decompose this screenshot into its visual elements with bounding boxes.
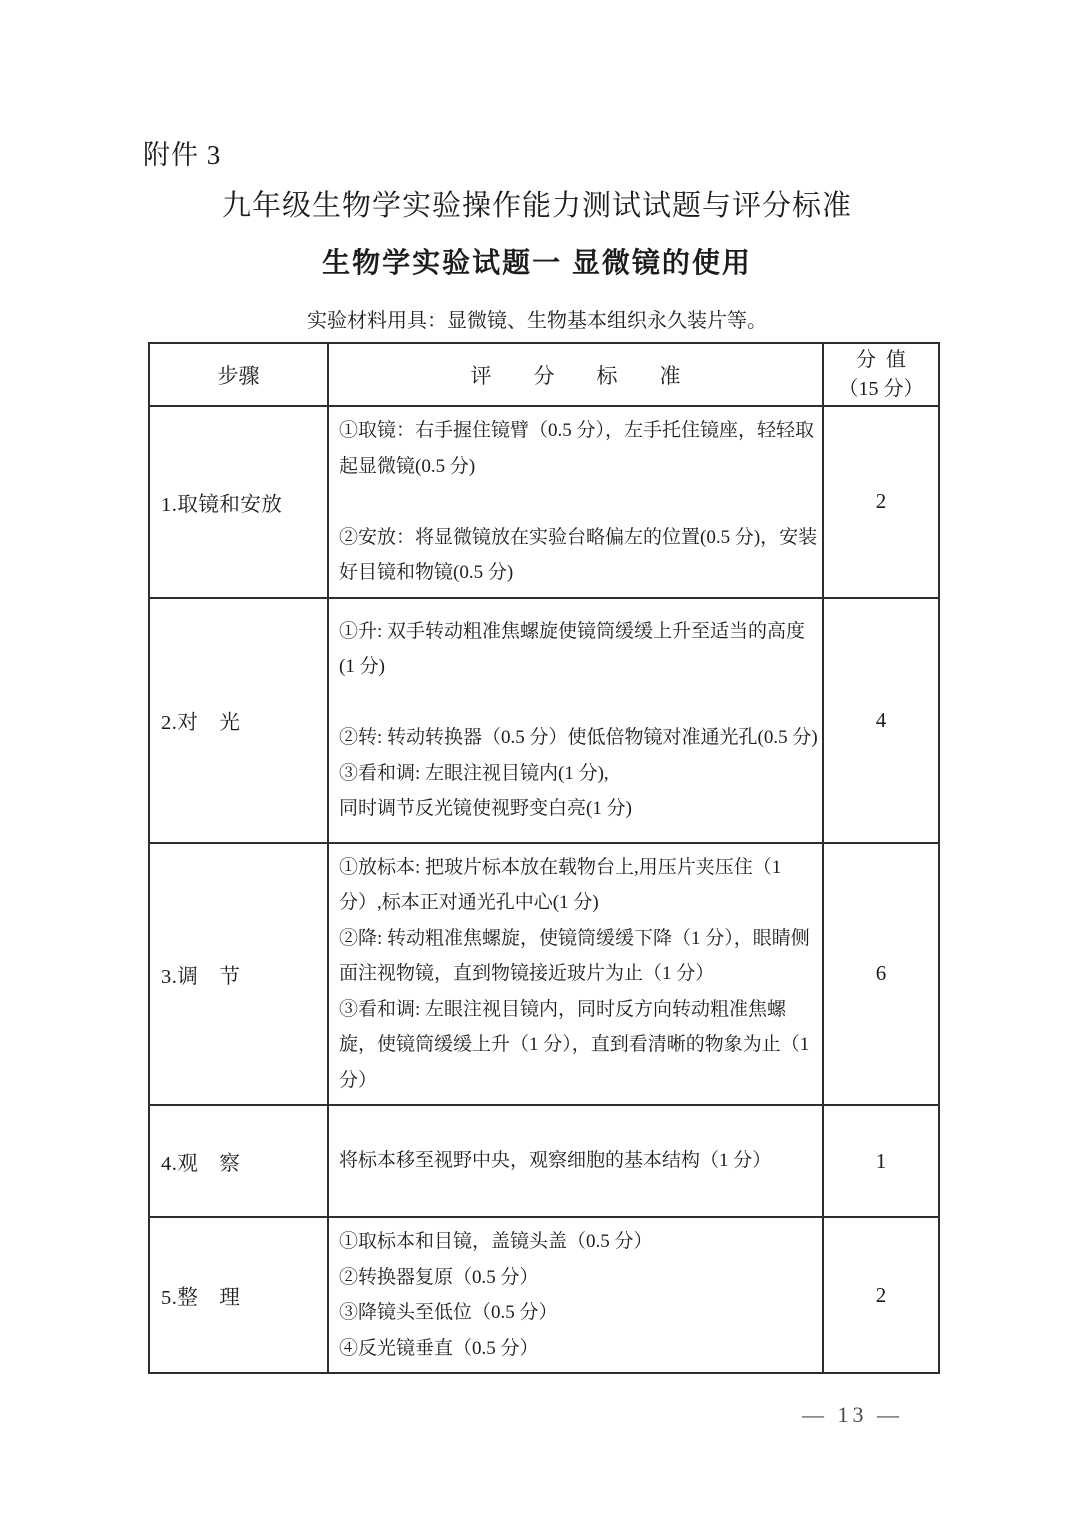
table-row: 4.观 察 将标本移至视野中央，观察细胞的基本结构（1 分） 1 <box>149 1105 939 1217</box>
criteria-cell: ①升: 双手转动粗准焦螺旋使镜筒缓缓上升至适当的高度(1 分) ②转: 转动转换… <box>328 598 823 843</box>
table-row: 3.调 节 ①放标本: 把玻片标本放在载物台上,用压片夹压住（1 分）,标本正对… <box>149 843 939 1106</box>
step-cell: 4.观 察 <box>149 1105 328 1217</box>
scoring-rubric-table: 步骤 评 分 标 准 分 值 （15 分） 1.取镜和安放 ①取镜：右手握住镜臂… <box>148 342 940 1374</box>
document-page: 附件 3 九年级生物学实验操作能力测试试题与评分标准 生物学实验试题一 显微镜的… <box>0 0 1074 1520</box>
header-criteria: 评 分 标 准 <box>328 343 823 406</box>
step-cell: 2.对 光 <box>149 598 328 843</box>
step-cell: 3.调 节 <box>149 843 328 1106</box>
section-title: 生物学实验试题一 显微镜的使用 <box>0 241 1074 281</box>
criteria-cell: ①取标本和目镜，盖镜头盖（0.5 分） ②转换器复原（0.5 分） ③降镜头至低… <box>328 1217 823 1373</box>
criteria-cell: ①放标本: 把玻片标本放在载物台上,用压片夹压住（1 分）,标本正对通光孔中心(… <box>328 843 823 1106</box>
page-title: 九年级生物学实验操作能力测试试题与评分标准 <box>0 183 1074 224</box>
header-score: 分 值 （15 分） <box>823 343 939 406</box>
criteria-cell: ①取镜：右手握住镜臂（0.5 分），左手托住镜座，轻轻取起显微镜(0.5 分) … <box>328 406 823 598</box>
score-cell: 2 <box>823 1217 939 1373</box>
page-number: — 13 — <box>802 1402 903 1428</box>
table-header-row: 步骤 评 分 标 准 分 值 （15 分） <box>149 343 939 406</box>
attachment-label: 附件 3 <box>143 133 221 172</box>
header-step: 步骤 <box>149 343 328 406</box>
table-row: 1.取镜和安放 ①取镜：右手握住镜臂（0.5 分），左手托住镜座，轻轻取起显微镜… <box>149 406 939 598</box>
step-cell: 1.取镜和安放 <box>149 406 328 598</box>
score-cell: 4 <box>823 598 939 843</box>
step-cell: 5.整 理 <box>149 1217 328 1373</box>
score-cell: 6 <box>823 843 939 1106</box>
score-cell: 2 <box>823 406 939 598</box>
criteria-cell: 将标本移至视野中央，观察细胞的基本结构（1 分） <box>328 1105 823 1217</box>
table-row: 5.整 理 ①取标本和目镜，盖镜头盖（0.5 分） ②转换器复原（0.5 分） … <box>149 1217 939 1373</box>
score-cell: 1 <box>823 1105 939 1217</box>
table-row: 2.对 光 ①升: 双手转动粗准焦螺旋使镜筒缓缓上升至适当的高度(1 分) ②转… <box>149 598 939 843</box>
materials-line: 实验材料用具：显微镜、生物基本组织永久装片等。 <box>0 304 1074 333</box>
